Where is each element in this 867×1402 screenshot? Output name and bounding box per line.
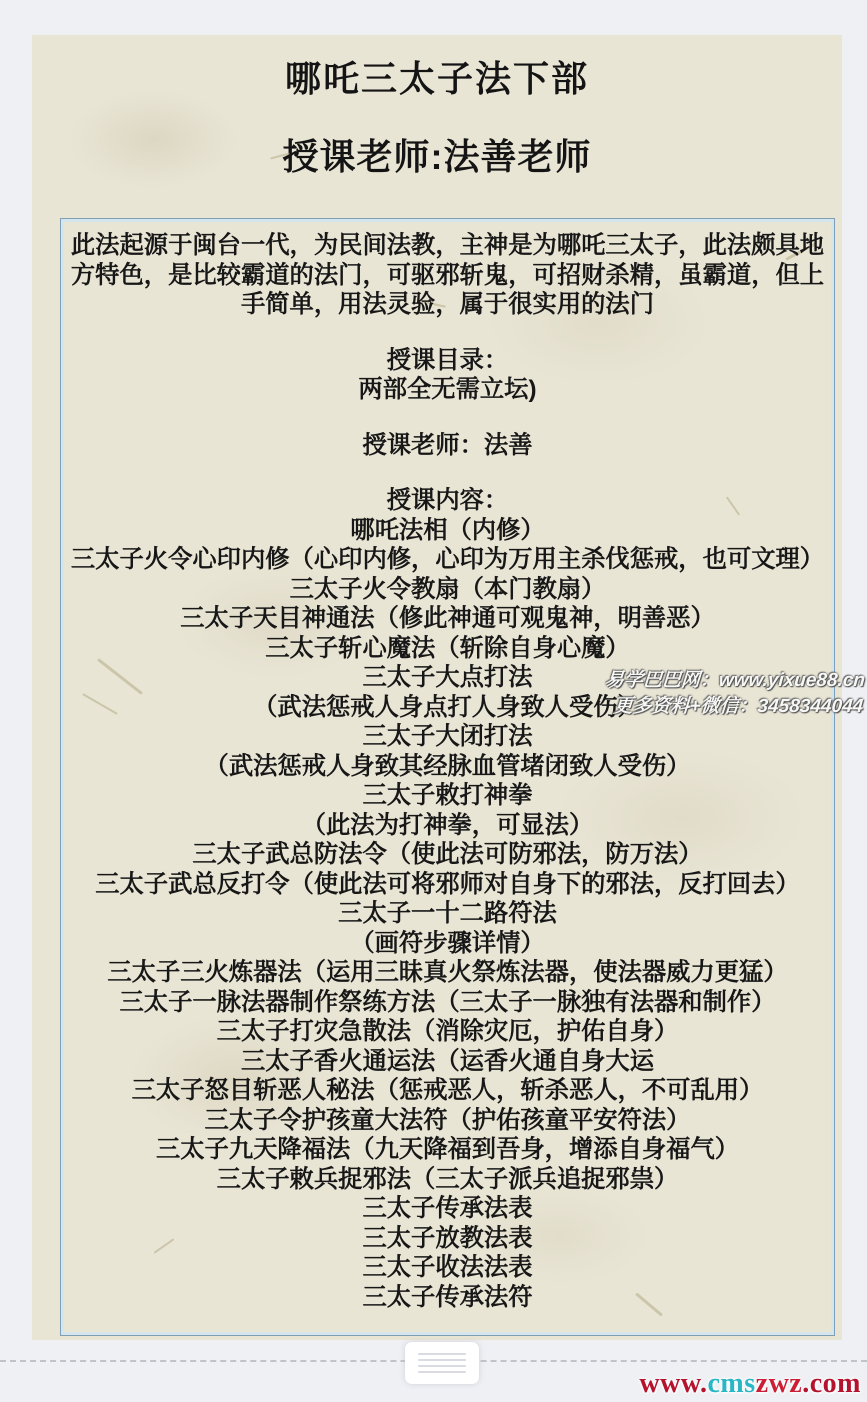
content-box: 此法起源于闽台一代，为民间法教，主神是为哪吒三太子，此法颇具地方特色，是比较霸道… — [60, 218, 835, 1336]
url-part-com: .com — [802, 1368, 861, 1399]
course-item: 三太子敕打神拳 — [65, 781, 830, 811]
url-part-cms: cms — [708, 1368, 756, 1399]
expand-button[interactable] — [405, 1342, 479, 1384]
footer-area: www.cmszwz.com — [0, 1340, 867, 1402]
catalog-note: 两部全无需立坛) — [65, 375, 830, 405]
course-item: 三太子火令心印内修（心印内修，心印为万用主杀伐惩戒，也可文理） — [65, 545, 830, 575]
course-items-list: 哪吒法相（内修）三太子火令心印内修（心印内修，心印为万用主杀伐惩戒，也可文理）三… — [65, 516, 830, 1313]
course-item: 三太子九天降福法（九天降福到吾身，增添自身福气） — [65, 1135, 830, 1165]
intro-line: 手简单，用法灵验，属于很实用的法门 — [65, 290, 830, 320]
intro-line: 方特色，是比较霸道的法门，可驱邪斩鬼，可招财杀精，虽霸道，但上 — [65, 261, 830, 291]
url-part-www: www. — [639, 1368, 707, 1399]
course-item: 三太子斩心魔法（斩除自身心魔） — [65, 634, 830, 664]
teacher-line: 授课老师：法善 — [65, 431, 830, 461]
course-item: 三太子敕兵捉邪法（三太子派兵追捉邪祟） — [65, 1165, 830, 1195]
course-item: 三太子大闭打法 — [65, 722, 830, 752]
lines-icon — [418, 1349, 466, 1377]
footer-site-url: www.cmszwz.com — [639, 1368, 861, 1400]
catalog-heading: 授课目录： — [65, 346, 830, 376]
course-item: 三太子天目神通法（修此神通可观鬼神，明善恶） — [65, 604, 830, 634]
course-item: 三太子三火炼器法（运用三昧真火祭炼法器，使法器威力更猛） — [65, 958, 830, 988]
course-item: 三太子武总反打令（使此法可将邪师对自身下的邪法，反打回去） — [65, 870, 830, 900]
course-item: 三太子令护孩童大法符（护佑孩童平安符法） — [65, 1106, 830, 1136]
watermark: 易学巴巴网：www.yixue88.cn 更多资料+微信：3458344044 — [602, 668, 866, 720]
course-item: 三太子火令教扇（本门教扇） — [65, 575, 830, 605]
course-item: 三太子打灾急散法（消除灾厄，护佑自身） — [65, 1017, 830, 1047]
course-item: 三太子香火通运法（运香火通自身大运 — [65, 1047, 830, 1077]
course-item: 三太子放教法表 — [65, 1224, 830, 1254]
course-item: 三太子武总防法令（使此法可防邪法，防万法） — [65, 840, 830, 870]
course-item: （武法惩戒人身致其经脉血管堵闭致人受伤） — [65, 752, 830, 782]
course-item: 三太子收法法表 — [65, 1253, 830, 1283]
content-heading: 授课内容： — [65, 486, 830, 516]
course-item: 三太子传承法表 — [65, 1194, 830, 1224]
course-item: 三太子一十二路符法 — [65, 899, 830, 929]
intro-line: 此法起源于闽台一代，为民间法教，主神是为哪吒三太子，此法颇具地 — [65, 231, 830, 261]
course-item: 三太子怒目斩恶人秘法（惩戒恶人，斩杀恶人，不可乱用） — [65, 1076, 830, 1106]
intro-paragraph: 此法起源于闽台一代，为民间法教，主神是为哪吒三太子，此法颇具地方特色，是比较霸道… — [65, 231, 830, 320]
url-part-zwz: zwz — [756, 1368, 803, 1399]
page-background: 哪吒三太子法下部 授课老师:法善老师 此法起源于闽台一代，为民间法教，主神是为哪… — [0, 0, 867, 1402]
watermark-wechat-line: 更多资料+微信：3458344044 — [602, 694, 864, 720]
course-item: （画符步骤详情） — [65, 929, 830, 959]
teacher-title: 授课老师:法善老师 — [32, 137, 842, 177]
course-item: 三太子一脉法器制作祭练方法（三太子一脉独有法器和制作） — [65, 988, 830, 1018]
page-title: 哪吒三太子法下部 — [32, 35, 842, 99]
course-item: 哪吒法相（内修） — [65, 516, 830, 546]
course-item: （此法为打神拳，可显法） — [65, 811, 830, 841]
course-item: 三太子传承法符 — [65, 1283, 830, 1313]
watermark-site-line: 易学巴巴网：www.yixue88.cn — [604, 668, 866, 694]
